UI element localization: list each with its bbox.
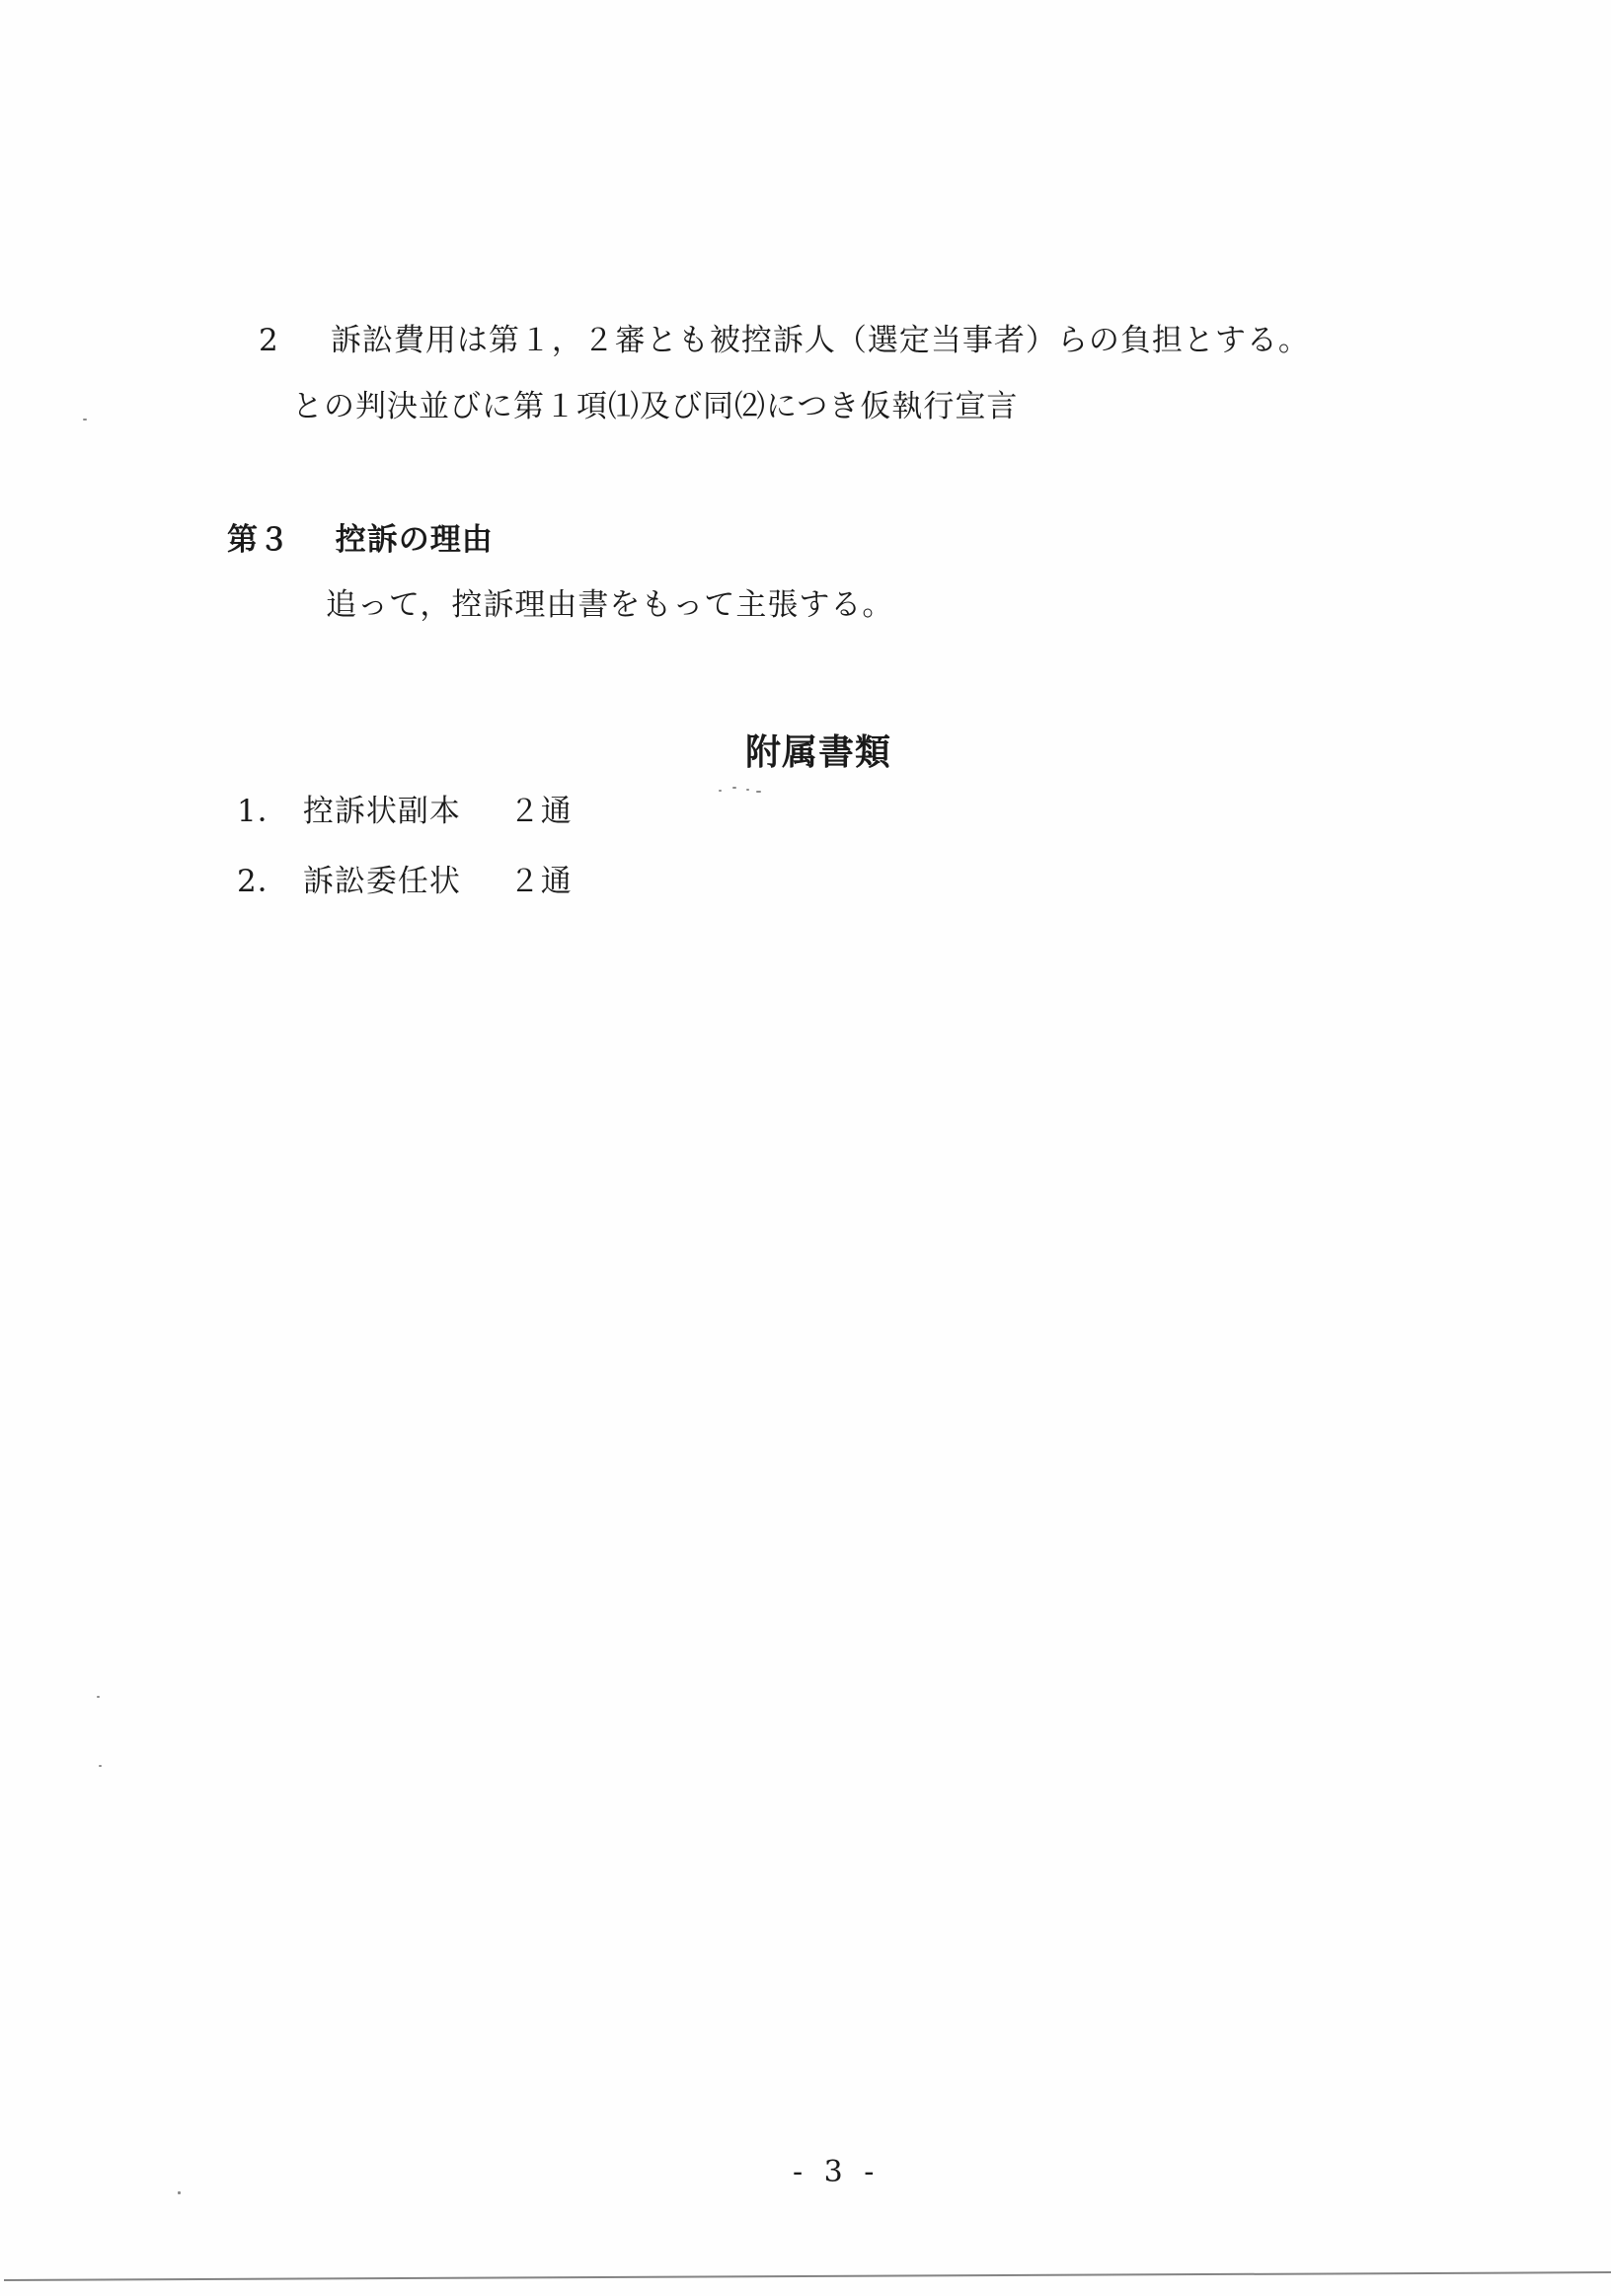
scan-speck [732, 787, 736, 789]
section-3-body: 追って，控訴理由書をもって主張する。 [326, 585, 893, 625]
judgment-clause: との判決並びに第１項⑴及び同⑵につき仮執行宣言 [292, 387, 1018, 426]
scan-edge-line [4, 2271, 1611, 2281]
attachment-count: ２通 [509, 864, 573, 899]
attachment-count: ２通 [509, 794, 573, 829]
attachment-name: 訴訟委任状 [303, 862, 499, 901]
claim-item-number: 2 [259, 321, 320, 360]
scan-speck [99, 1765, 102, 1767]
scan-speck [719, 790, 722, 792]
attachment-number: 2． [237, 862, 292, 901]
scan-speck [83, 419, 87, 421]
document-page: 2 訴訟費用は第１，２審とも被控訴人（選定当事者）らの負担とする。 との判決並び… [0, 0, 1611, 2296]
claim-item-2: 2 訴訟費用は第１，２審とも被控訴人（選定当事者）らの負担とする。 [259, 321, 1310, 360]
page-number: - 3 - [793, 2155, 880, 2190]
scan-speck [178, 2191, 181, 2194]
attachment-item: 2． 訴訟委任状 ２通 [237, 862, 573, 901]
section-3-heading: 第３ 控訴の理由 [227, 520, 494, 560]
attachments-title: 附属書類 [745, 730, 891, 774]
scan-speck [756, 791, 761, 793]
section-title: 控訴の理由 [336, 522, 494, 558]
section-number: 第３ [227, 520, 324, 560]
attachment-name: 控訴状副本 [303, 792, 499, 831]
attachment-item: 1． 控訴状副本 ２通 [237, 792, 573, 831]
scan-speck [97, 1696, 100, 1698]
scan-speck [746, 789, 749, 791]
claim-item-text: 訴訟費用は第１，２審とも被控訴人（選定当事者）らの負担とする。 [331, 323, 1310, 358]
attachment-number: 1． [237, 792, 292, 831]
